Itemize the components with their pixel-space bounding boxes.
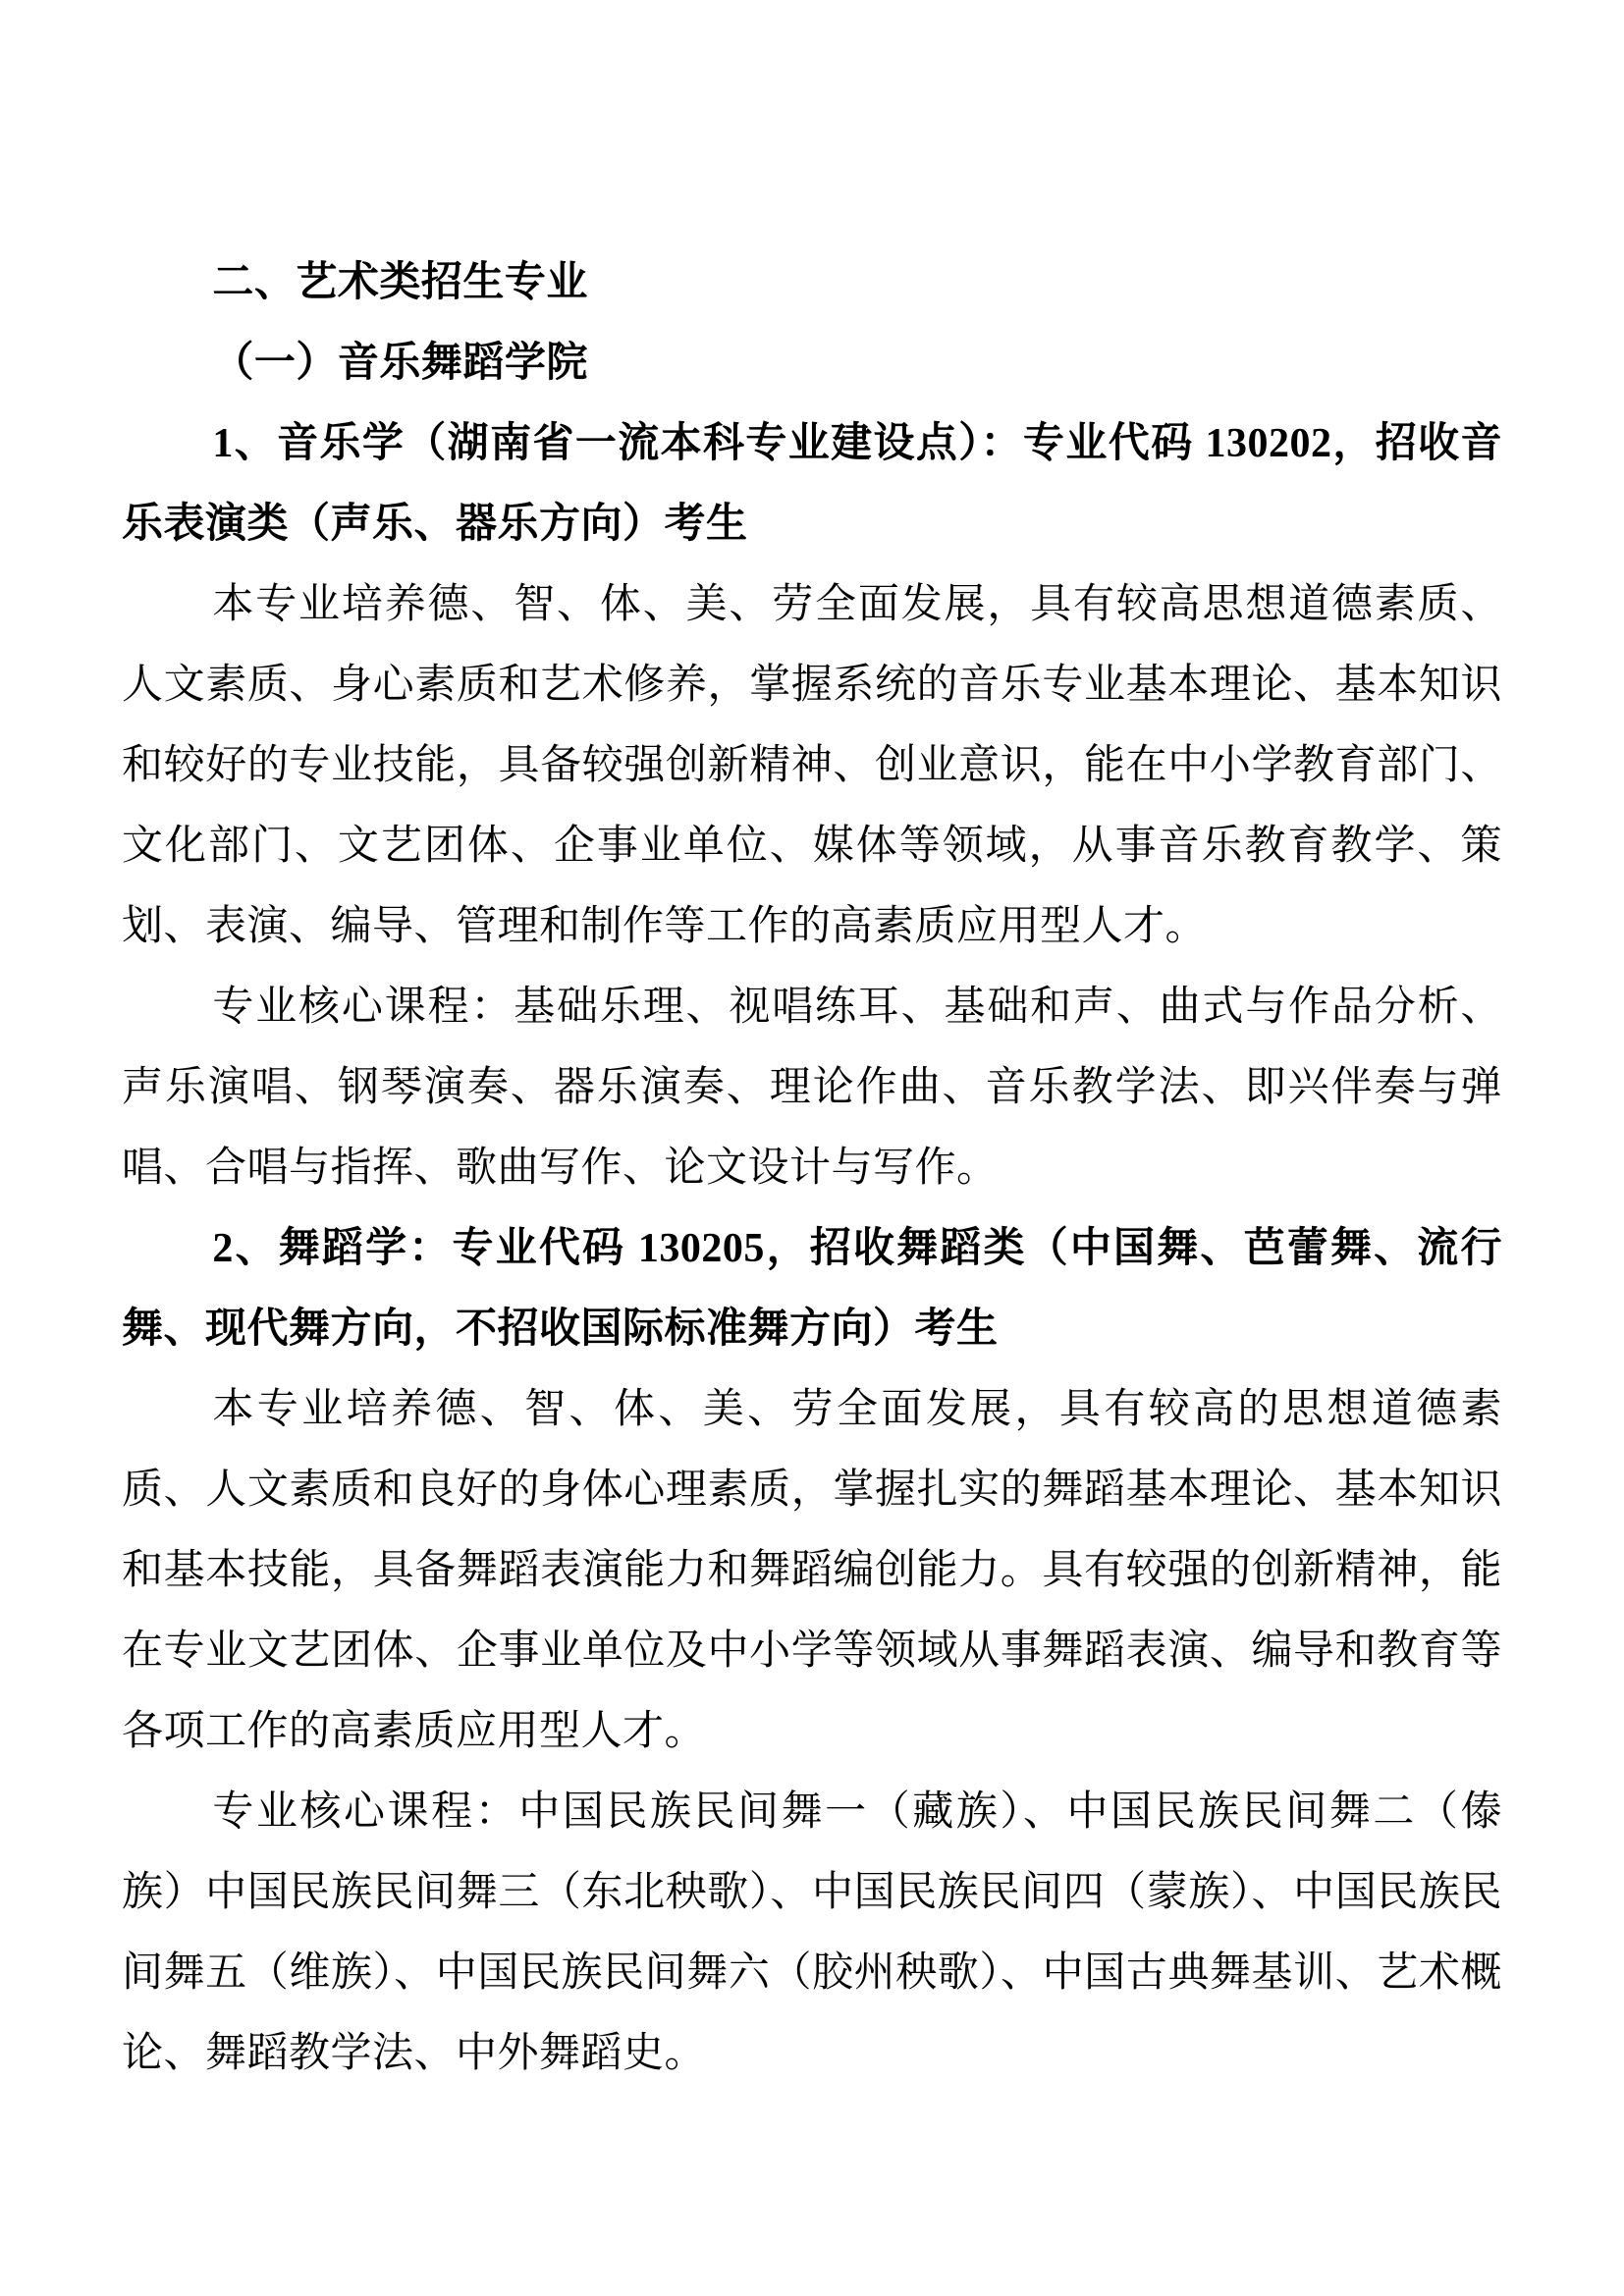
document-page: 二、艺术类招生专业 （一）音乐舞蹈学院 1、音乐学（湖南省一流本科专业建设点）：… bbox=[0, 0, 1624, 2296]
major-2-title: 2、舞蹈学：专业代码 130205，招收舞蹈类（中国舞、芭蕾舞、流行舞、现代舞方… bbox=[122, 1208, 1502, 1369]
document-body: 二、艺术类招生专业 （一）音乐舞蹈学院 1、音乐学（湖南省一流本科专业建设点）：… bbox=[122, 242, 1502, 2094]
major-1-description: 本专业培养德、智、体、美、劳全面发展，具有较高思想道德素质、人文素质、身心素质和… bbox=[122, 564, 1502, 967]
major-2-description: 本专业培养德、智、体、美、劳全面发展，具有较高的思想道德素质、人文素质和良好的身… bbox=[122, 1369, 1502, 1772]
subsection-title: （一）音乐舞蹈学院 bbox=[122, 323, 1502, 403]
major-2-core-courses: 专业核心课程：中国民族民间舞一（藏族）、中国民族民间舞二（傣族）中国民族民间舞三… bbox=[122, 1772, 1502, 2094]
section-title: 二、艺术类招生专业 bbox=[122, 242, 1502, 323]
major-1-core-courses: 专业核心课程：基础乐理、视唱练耳、基础和声、曲式与作品分析、声乐演唱、钢琴演奏、… bbox=[122, 967, 1502, 1208]
major-1-title: 1、音乐学（湖南省一流本科专业建设点）：专业代码 130202，招收音乐表演类（… bbox=[122, 403, 1502, 564]
